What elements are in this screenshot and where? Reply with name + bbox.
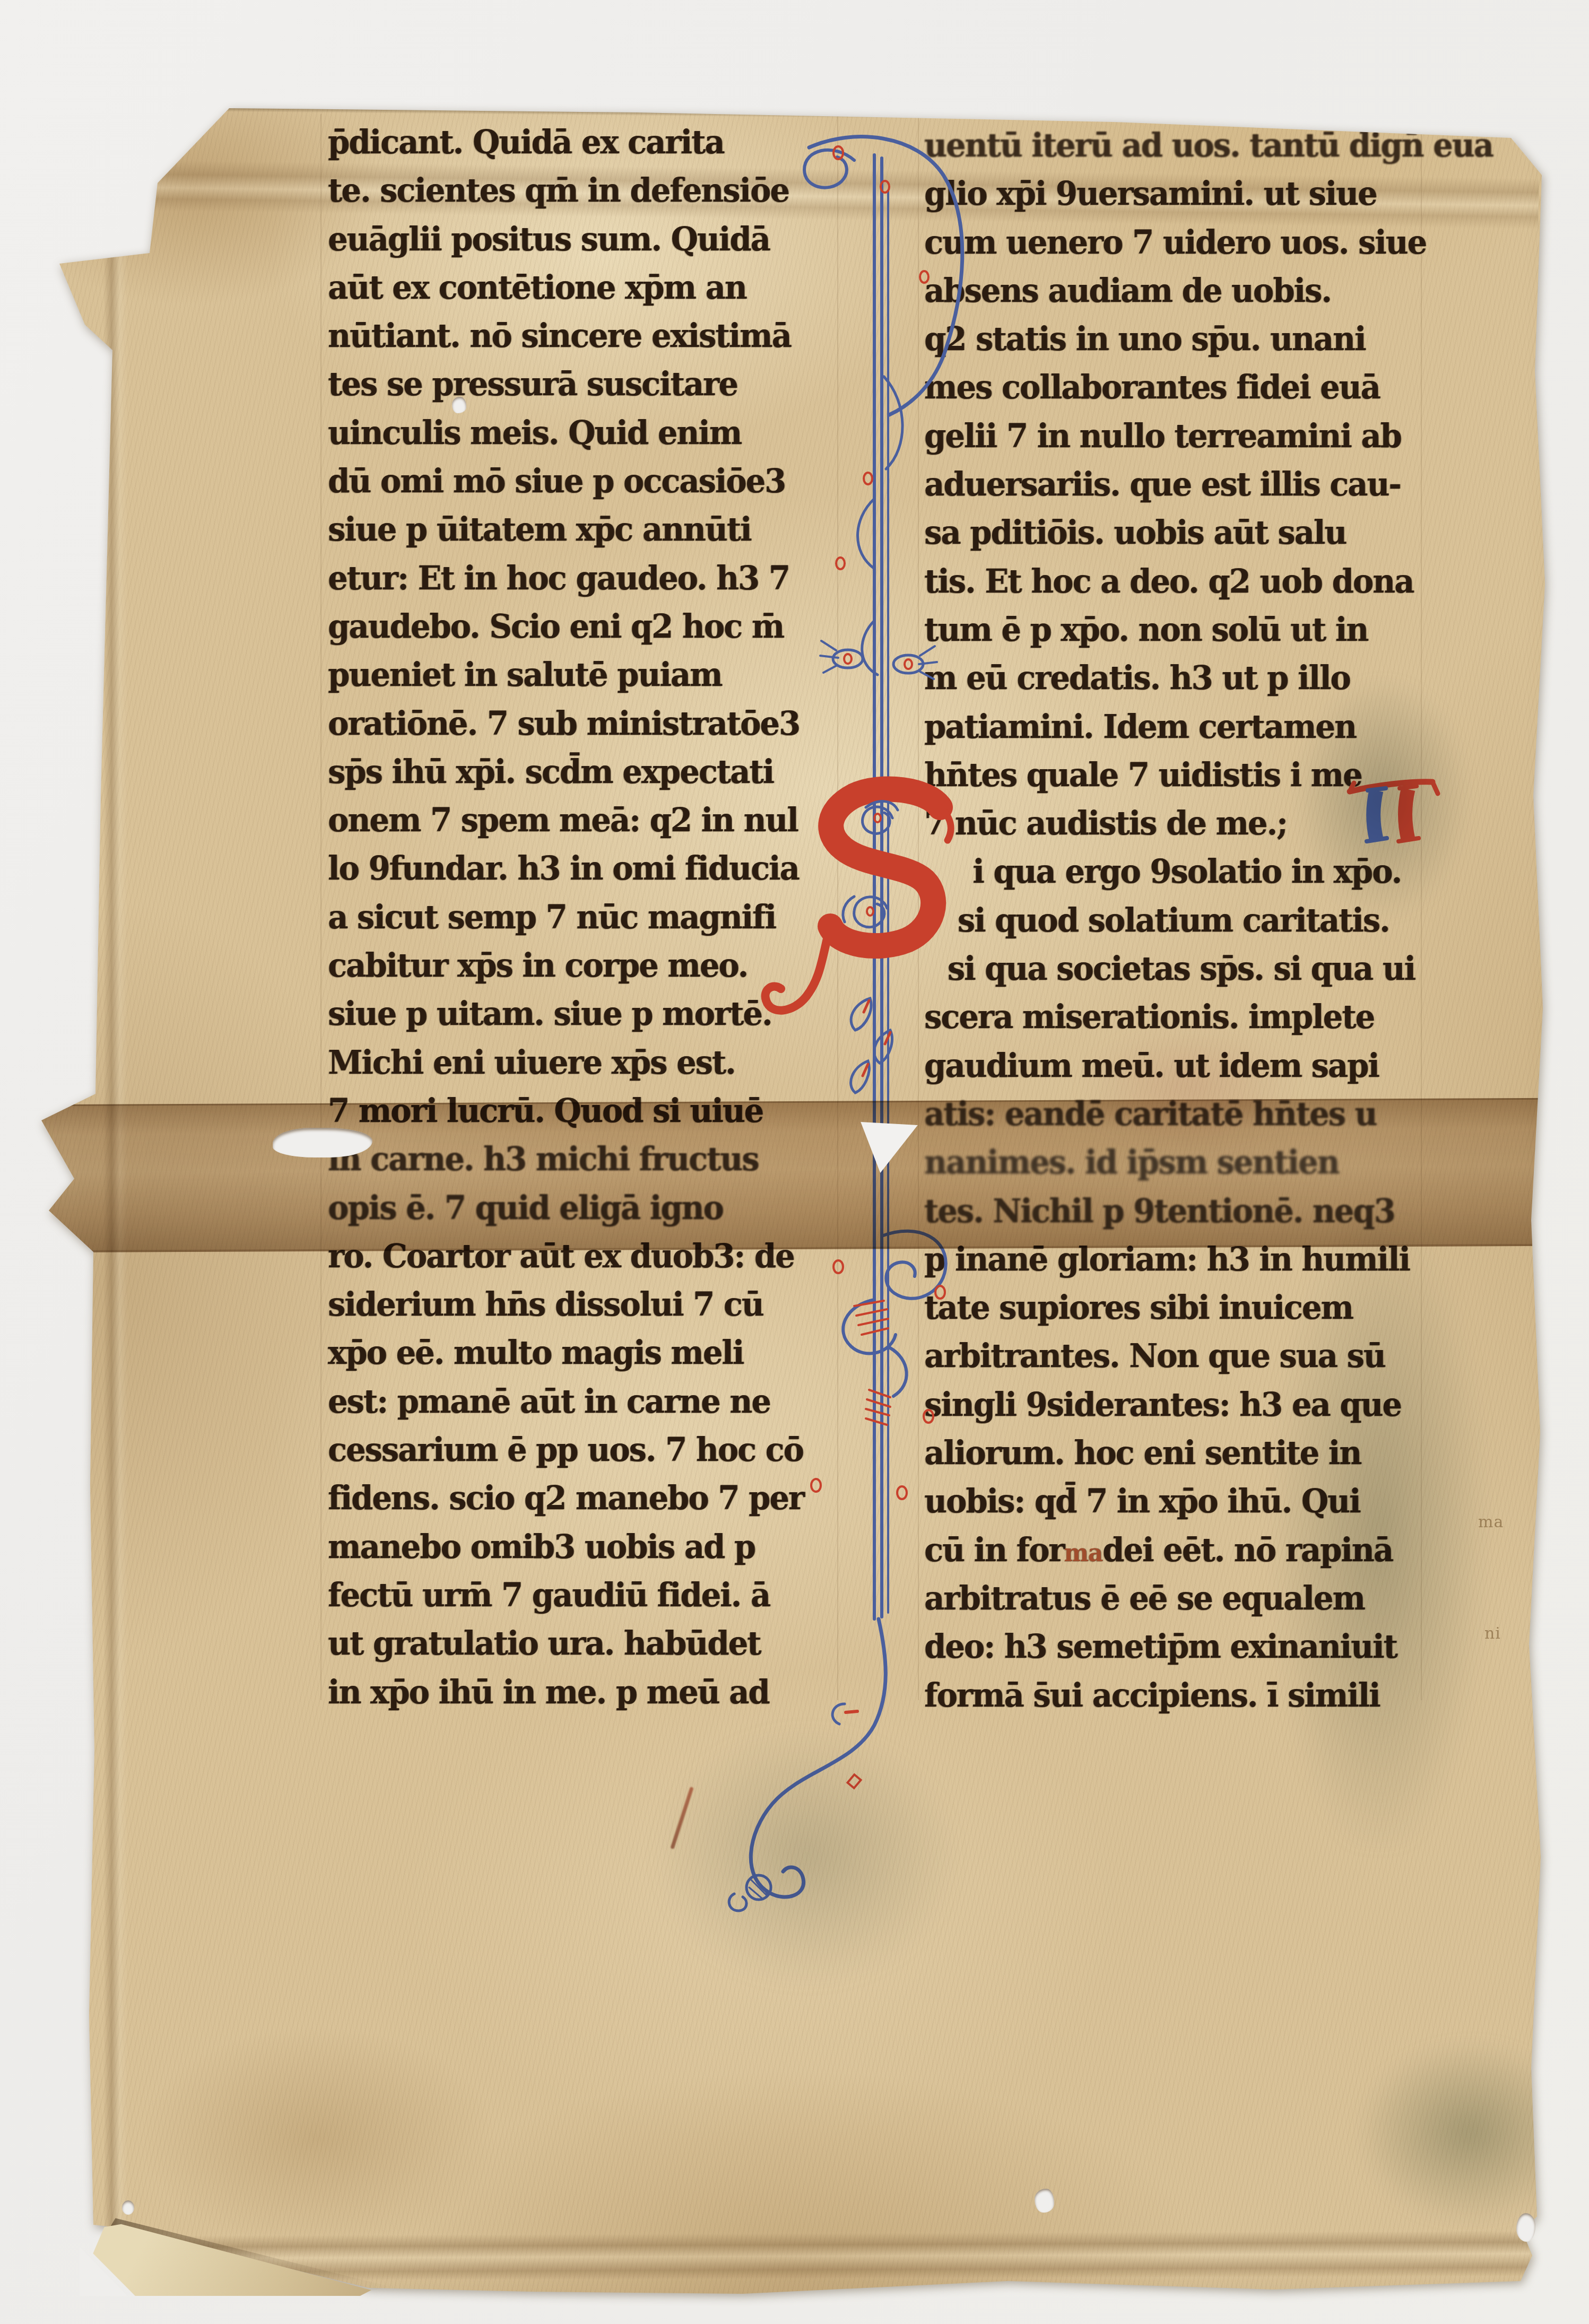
margin-note: ma xyxy=(1478,1513,1504,1531)
fold-slit-tear xyxy=(273,1128,372,1157)
edge-notch xyxy=(1516,2213,1535,2242)
wormhole xyxy=(452,397,466,413)
gutter-flourish-ornament xyxy=(679,127,1008,1973)
margin-note: ni xyxy=(1484,1624,1501,1643)
wormhole xyxy=(122,2200,134,2215)
wormhole xyxy=(1035,2189,1054,2213)
left-vertical-crease xyxy=(103,249,128,2233)
chapter-numeral-ii xyxy=(1349,776,1439,850)
ruling-line xyxy=(1421,114,1422,1700)
parchment-surface: p̄dicant. Quidā ex caritate. scientes qm… xyxy=(0,0,1589,2324)
scanned-manuscript-page: p̄dicant. Quidā ex caritate. scientes qm… xyxy=(0,0,1589,2324)
parchment-leaf: p̄dicant. Quidā ex caritate. scientes qm… xyxy=(0,0,1589,2324)
red-ink-insert: ma xyxy=(1064,1538,1102,1567)
ruling-line xyxy=(320,114,322,1700)
green-stain-bottom-right xyxy=(1358,2042,1581,2223)
